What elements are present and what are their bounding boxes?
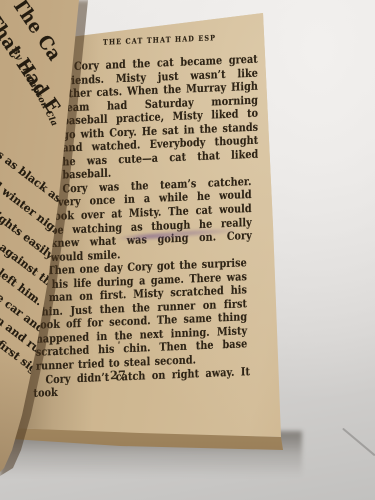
paragraph-3: Then one day Cory got the surprise of hi… xyxy=(35,256,247,373)
chapter-running-head: THE CAT THAT HAD ESP xyxy=(103,33,223,47)
paragraph-1: Cory and the cat became great friends. M… xyxy=(62,53,259,183)
surface-scratch xyxy=(342,428,375,456)
book-photo: THE CAT THAT HAD ESP Cory and the cat be… xyxy=(0,0,375,500)
page-number: 27 xyxy=(110,368,126,383)
paragraph-2: Cory was the team’s catcher. Every once … xyxy=(50,175,252,264)
right-page-content: THE CAT THAT HAD ESP Cory and the cat be… xyxy=(48,30,290,400)
